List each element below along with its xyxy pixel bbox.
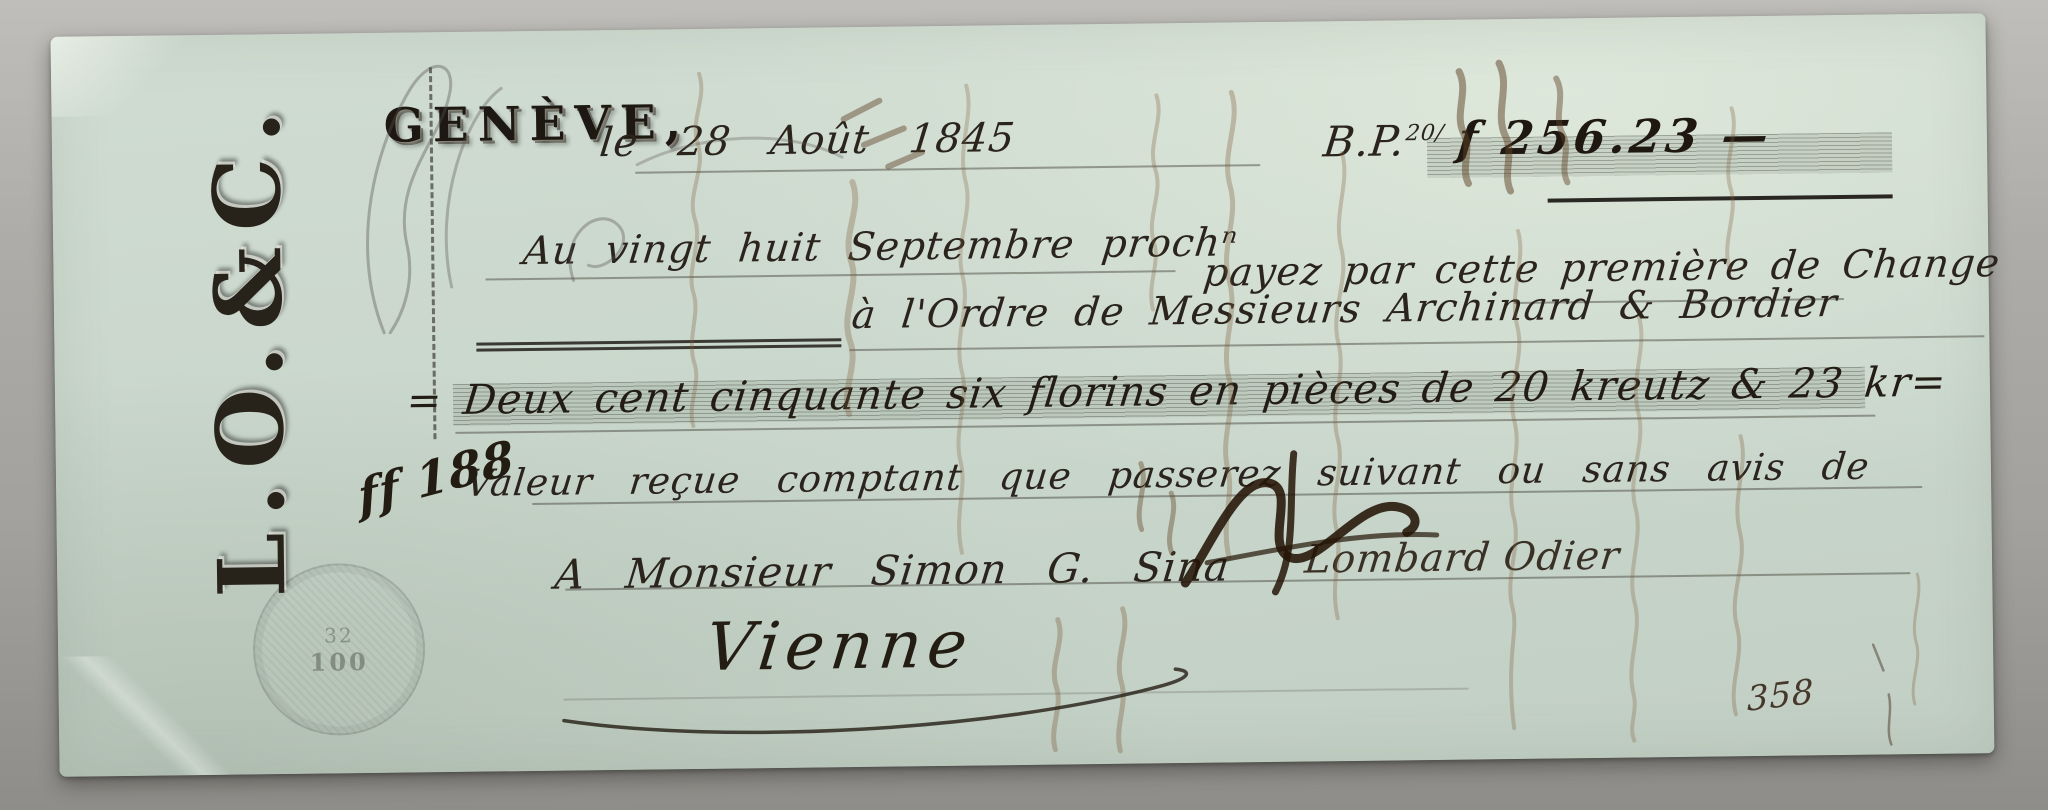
stamp-value-top: 32 bbox=[324, 623, 354, 647]
bottom-right-tick-marks bbox=[1873, 644, 1891, 744]
date-baseline bbox=[635, 164, 1260, 174]
blank-filler-line-2 bbox=[476, 344, 841, 351]
bill-of-exchange-document: 32 100 L.O.&C. GENÈVE, le 28 Août 1845 B… bbox=[51, 13, 1995, 777]
amount-underline bbox=[1548, 194, 1893, 202]
docket-number: 358 bbox=[1747, 672, 1815, 720]
margin-note: ff 188 bbox=[355, 430, 517, 526]
amount-figures: f 256.23 — bbox=[1455, 108, 1775, 166]
drawee-prefix: A Monsieur bbox=[553, 547, 834, 598]
paper-crease-bottom-left bbox=[58, 655, 229, 777]
bp-number: 20/ bbox=[1404, 121, 1445, 147]
stamp-value-bottom: 100 bbox=[309, 647, 368, 677]
city-baseline bbox=[564, 688, 1469, 701]
date-line: le 28 Août 1845 bbox=[597, 115, 1017, 166]
order-baseline bbox=[849, 335, 1984, 351]
house-monogram: L.O.&C. bbox=[181, 73, 318, 621]
endorsement-name: Lombard Odier bbox=[1303, 534, 1623, 583]
drawee-city: Vienne bbox=[702, 606, 977, 686]
order-line: à l'Ordre de Messieurs Archinard & Bordi… bbox=[850, 281, 1840, 338]
photo-background: 32 100 L.O.&C. GENÈVE, le 28 Août 1845 B… bbox=[0, 0, 2048, 810]
bp-amount-group: B.P.20/ f 256.23 — bbox=[1321, 108, 1775, 168]
amount-words-line: = Deux cent cinquante six florins en piè… bbox=[404, 358, 1949, 425]
drawee-name: Simon G. Sina bbox=[869, 542, 1233, 594]
drawee-line: A Monsieur Simon G. Sina bbox=[553, 542, 1233, 598]
paper-crease-top-left bbox=[51, 35, 202, 117]
term-line: Au vingt huit Septembre prochⁿ bbox=[521, 220, 1240, 274]
bp-label: B.P. bbox=[1321, 116, 1408, 166]
